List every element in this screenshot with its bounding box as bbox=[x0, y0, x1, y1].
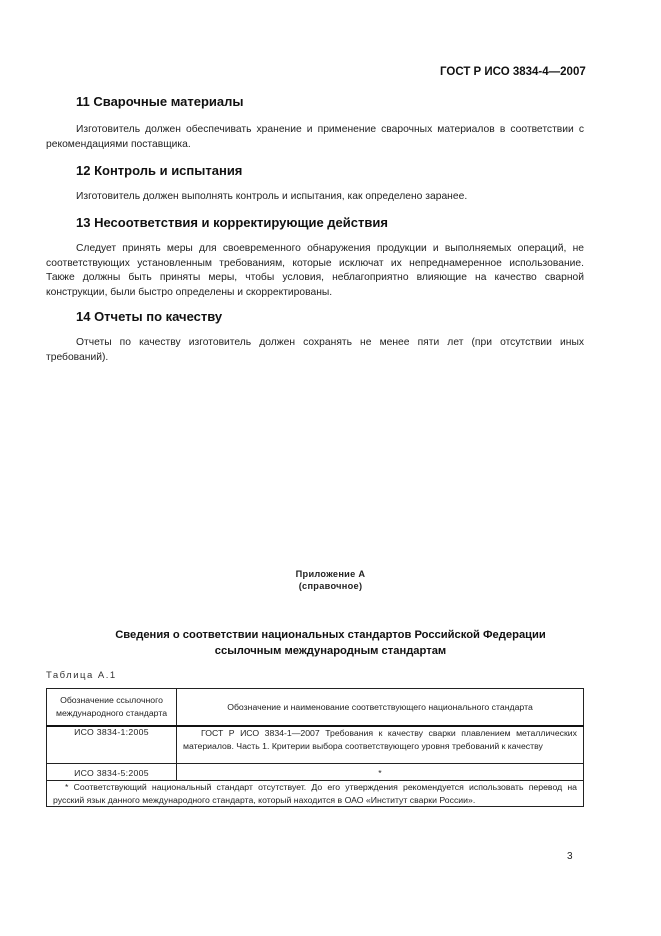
page-number: 3 bbox=[567, 851, 573, 862]
header-international-standard: Обозначение ссылочного международного ст… bbox=[47, 689, 177, 727]
appendix-title-line1: Сведения о соответствии национальных ста… bbox=[0, 628, 661, 644]
section-text-13: Следует принять меры для своевременного … bbox=[46, 242, 584, 301]
header-national-standard: Обозначение и наименование соответствующ… bbox=[177, 689, 584, 727]
section-heading-12: 12 Контроль и испытания bbox=[76, 163, 242, 178]
section-text-12: Изготовитель должен выполнять контроль и… bbox=[46, 190, 584, 205]
section-text-11: Изготовитель должен обеспечивать хранени… bbox=[46, 123, 584, 152]
table-footnote: * Соответствующий национальный стандарт … bbox=[47, 781, 584, 807]
table-footnote-row: * Соответствующий национальный стандарт … bbox=[47, 781, 584, 807]
section-heading-14: 14 Отчеты по качеству bbox=[76, 309, 222, 324]
cell-international: ИСО 3834-1:2005 bbox=[47, 726, 177, 764]
table-caption: Таблица А.1 bbox=[46, 670, 117, 681]
cell-international: ИСО 3834-5:2005 bbox=[47, 764, 177, 781]
cell-national-text: ГОСТ Р ИСО 3834-1—2007 Требования к каче… bbox=[183, 727, 577, 752]
table-row: ИСО 3834-5:2005 * bbox=[47, 764, 584, 781]
table-row: ИСО 3834-1:2005 ГОСТ Р ИСО 3834-1—2007 Т… bbox=[47, 726, 584, 764]
section-text-14: Отчеты по качеству изготовитель должен с… bbox=[46, 336, 584, 365]
table-footnote-text: * Соответствующий национальный стандарт … bbox=[53, 781, 577, 806]
section-heading-11: 11 Сварочные материалы bbox=[76, 94, 244, 109]
section-heading-13: 13 Несоответствия и корректирующие дейст… bbox=[76, 215, 388, 230]
document-code: ГОСТ Р ИСО 3834-4—2007 bbox=[440, 66, 586, 78]
table-header-row: Обозначение ссылочного международного ст… bbox=[47, 689, 584, 727]
appendix-title-line2: ссылочным международным стандартам bbox=[0, 644, 661, 660]
appendix-type: (справочное) bbox=[0, 580, 661, 592]
cell-national: ГОСТ Р ИСО 3834-1—2007 Требования к каче… bbox=[177, 726, 584, 764]
reference-standards-table: Обозначение ссылочного международного ст… bbox=[46, 688, 584, 807]
appendix-label: Приложение А bbox=[0, 568, 661, 580]
cell-national: * bbox=[177, 764, 584, 781]
